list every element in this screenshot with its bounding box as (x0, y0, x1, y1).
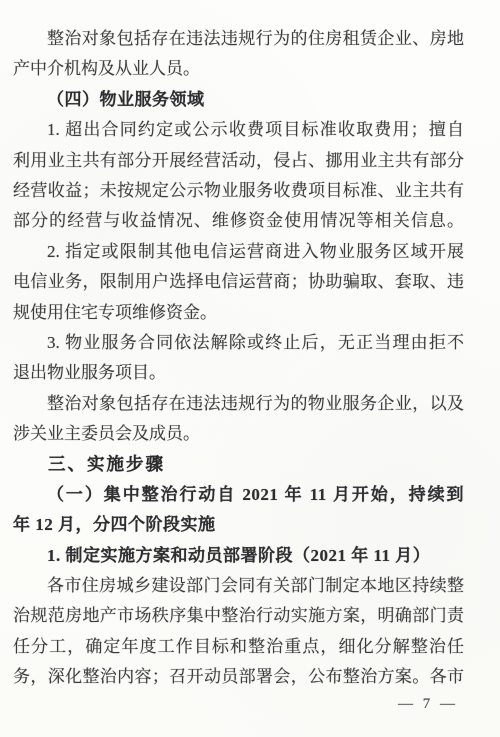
text-line: 任分工，确定年度工作目标和整治重点，细化分解整治任 (13, 632, 464, 662)
document-page: 整治对象包括存在违法违规行为的住房租赁企业、房地 产中介机构及从业人员。 （四）… (0, 0, 500, 737)
text-line: 整治对象包括存在违法违规行为的物业服务企业，以及 (13, 389, 464, 419)
text-line: 电信业务，限制用户选择电信运营商；协助骗取、套取、违 (13, 267, 464, 297)
text-line: 治规范房地产市场秩序集中整治行动实施方案，明确部门责 (13, 601, 464, 631)
text-line: 务，深化整治内容；召开动员部署会，公布整治方案。各市 (13, 662, 464, 692)
text-line: 2. 指定或限制其他电信运营商进入物业服务区域开展 (13, 237, 464, 267)
stage-heading: 1. 制定实施方案和动员部署阶段（2021 年 11 月） (13, 541, 464, 571)
text-line: （一）集中整治行动自 2021 年 11 月开始，持续到 2024 (13, 480, 464, 510)
text-line: 涉关业主委员会及成员。 (13, 419, 464, 449)
text-line: 部分的经营与收益情况、维修资金使用情况等相关信息。 (13, 206, 464, 236)
text-line: 整治对象包括存在违法违规行为的住房租赁企业、房地 (13, 24, 464, 54)
text-line: 年 12 月，分四个阶段实施 (13, 510, 464, 540)
section-heading: （四）物业服务领域 (13, 85, 464, 115)
text-line: 利用业主共有部分开展经营活动，侵占、挪用业主共有部分 (13, 146, 464, 176)
document-body: 整治对象包括存在违法违规行为的住房租赁企业、房地 产中介机构及从业人员。 （四）… (13, 24, 464, 693)
text-line: 规使用住宅专项维修资金。 (13, 298, 464, 328)
text-line: 3. 物业服务合同依法解除或终止后，无正当理由拒不 (13, 328, 464, 358)
text-line: 产中介机构及从业人员。 (13, 54, 464, 84)
section-heading: 三、实施步骤 (13, 449, 464, 479)
page-number: — 7 — (13, 696, 464, 713)
text-line: 1. 超出合同约定或公示收费项目标准收取费用；擅自 (13, 115, 464, 145)
text-line: 各市住房城乡建设部门会同有关部门制定本地区持续整 (13, 571, 464, 601)
text-line: 退出物业服务项目。 (13, 358, 464, 388)
text-line: 经营收益；未按规定公示物业服务收费项目标准、业主共有 (13, 176, 464, 206)
